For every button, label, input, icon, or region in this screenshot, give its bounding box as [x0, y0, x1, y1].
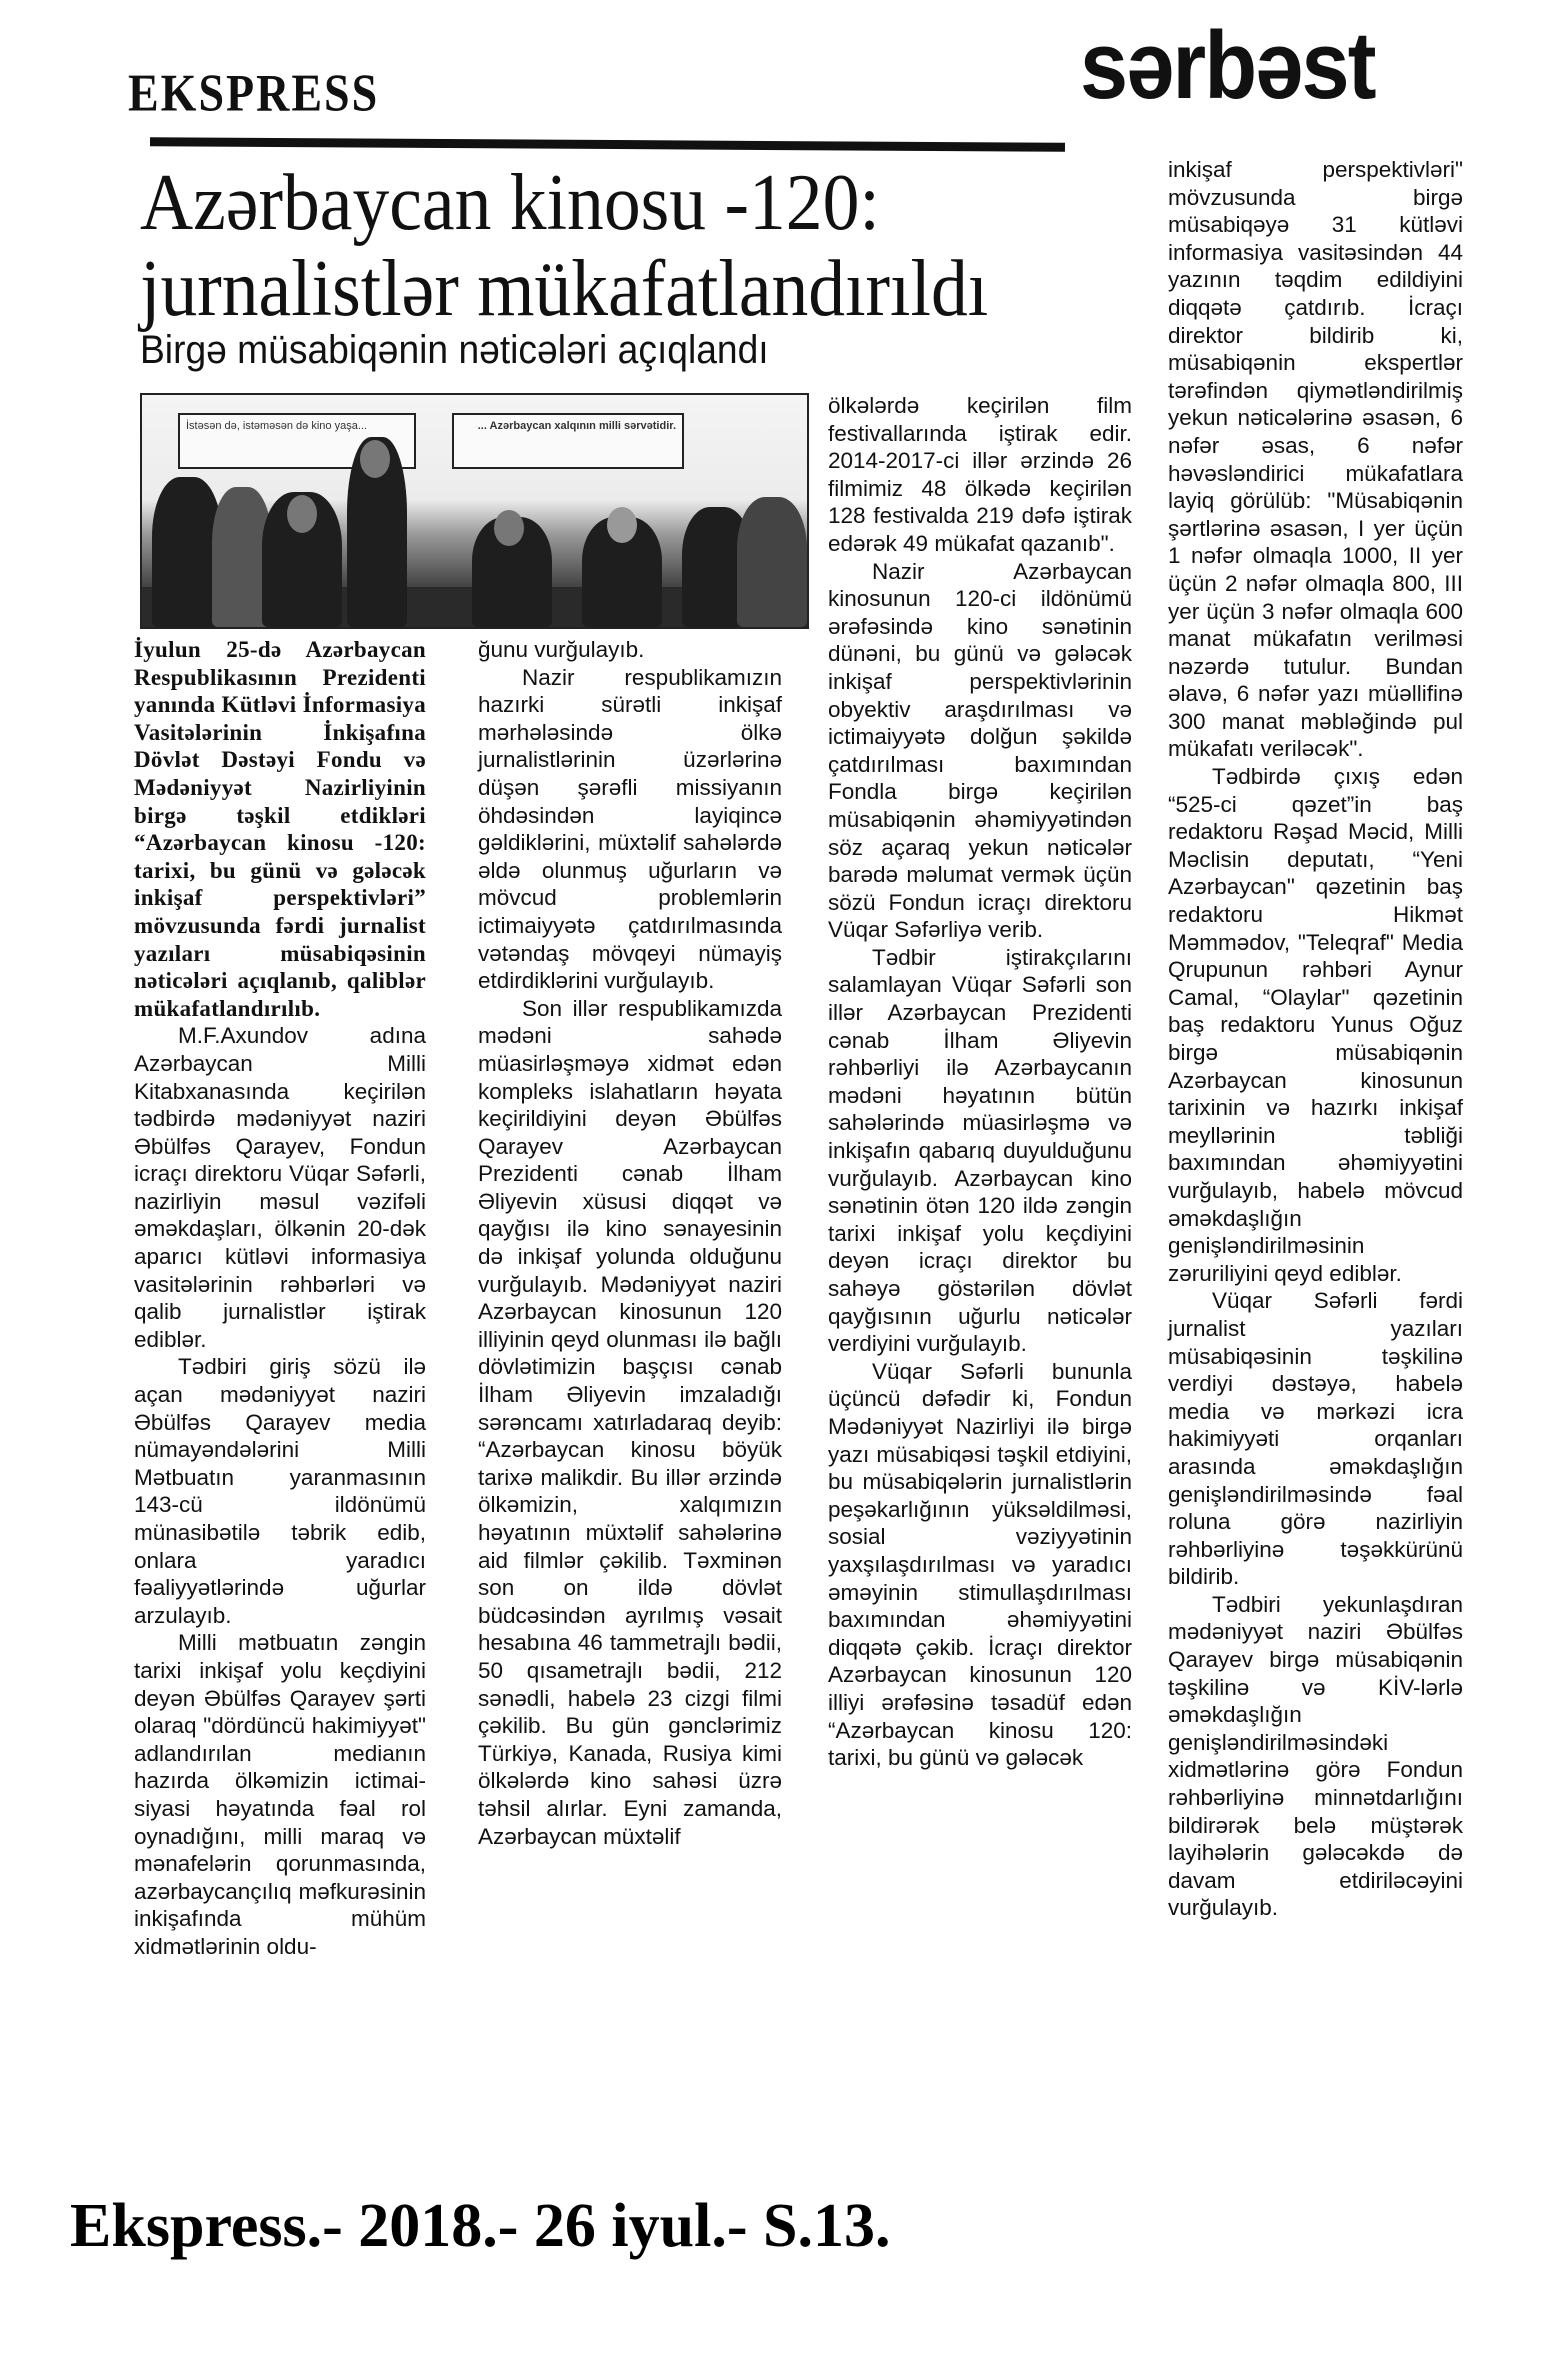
article-column-4: inkişaf perspektivləri" mövzusunda birgə…	[1168, 156, 1463, 1922]
photo-person-head	[360, 440, 390, 478]
paragraph: ğunu vurğulayıb.	[478, 636, 782, 664]
header-rule	[150, 137, 1065, 152]
photo-banner-right: ... Azərbaycan xalqının milli sərvətidir…	[452, 413, 684, 469]
article-lead: İyulun 25-də Azərbaycan Respublikasının …	[134, 636, 426, 1022]
section-name: sərbəst	[1080, 18, 1375, 114]
paragraph: Nazir respublikamızın hazırki sürətli in…	[478, 664, 782, 995]
photo-person	[737, 497, 807, 627]
paragraph: Tədbirdə çıxış edən “525-ci qəzet”in baş…	[1168, 763, 1463, 1287]
article-column-3: ölkələrdə keçirilən film festivallarında…	[828, 392, 1132, 1772]
event-photo: İstəsən də, istəməsən də kino yaşa... ..…	[140, 393, 809, 629]
headline: Azərbaycan kinosu -120: jurnalistlər mük…	[140, 160, 1005, 332]
photo-person-head	[607, 507, 637, 543]
paragraph: Son illər respublikamızda mədəni sahədə …	[478, 995, 782, 1850]
paragraph: Milli mətbuatın zəngin tarixi inkişaf yo…	[134, 1629, 426, 1960]
publication-name: EKSPRESS	[128, 62, 379, 123]
photo-person-head	[287, 495, 317, 533]
paragraph: Vüqar Səfərli fərdi jurnalist yazıları m…	[1168, 1287, 1463, 1591]
headline-line-2: jurnalistlər mükafatlandırıldı	[140, 246, 1005, 332]
paragraph: ölkələrdə keçirilən film festivallarında…	[828, 392, 1132, 558]
paragraph: M.F.Axundov adına Azərbaycan Milli Kitab…	[134, 1022, 426, 1353]
paragraph: inkişaf perspektivləri" mövzusunda birgə…	[1168, 156, 1463, 763]
paragraph: Tədbiri yekunlaşdıran mədəniyyət naziri …	[1168, 1591, 1463, 1922]
photo-person-head	[494, 510, 524, 546]
subheadline: Birgə müsabiqənin nəticələri açıqlandı	[140, 325, 996, 375]
source-citation: Ekspress.- 2018.- 26 iyul.- S.13.	[70, 2195, 890, 2257]
article-column-2: ğunu vurğulayıb. Nazir respublikamızın h…	[478, 636, 782, 1850]
paragraph: Vüqar Səfərli bununla üçüncü dəfədir ki,…	[828, 1358, 1132, 1772]
headline-line-1: Azərbaycan kinosu -120:	[140, 160, 1005, 246]
paragraph: Nazir Azərbaycan kinosunun 120-ci ildönü…	[828, 558, 1132, 944]
article-column-1: İyulun 25-də Azərbaycan Respublikasının …	[134, 636, 426, 1961]
paragraph: Tədbiri giriş sözü ilə açan mədəniyyət n…	[134, 1353, 426, 1629]
paragraph: Tədbir iştirakçılarını salamlayan Vüqar …	[828, 944, 1132, 1358]
